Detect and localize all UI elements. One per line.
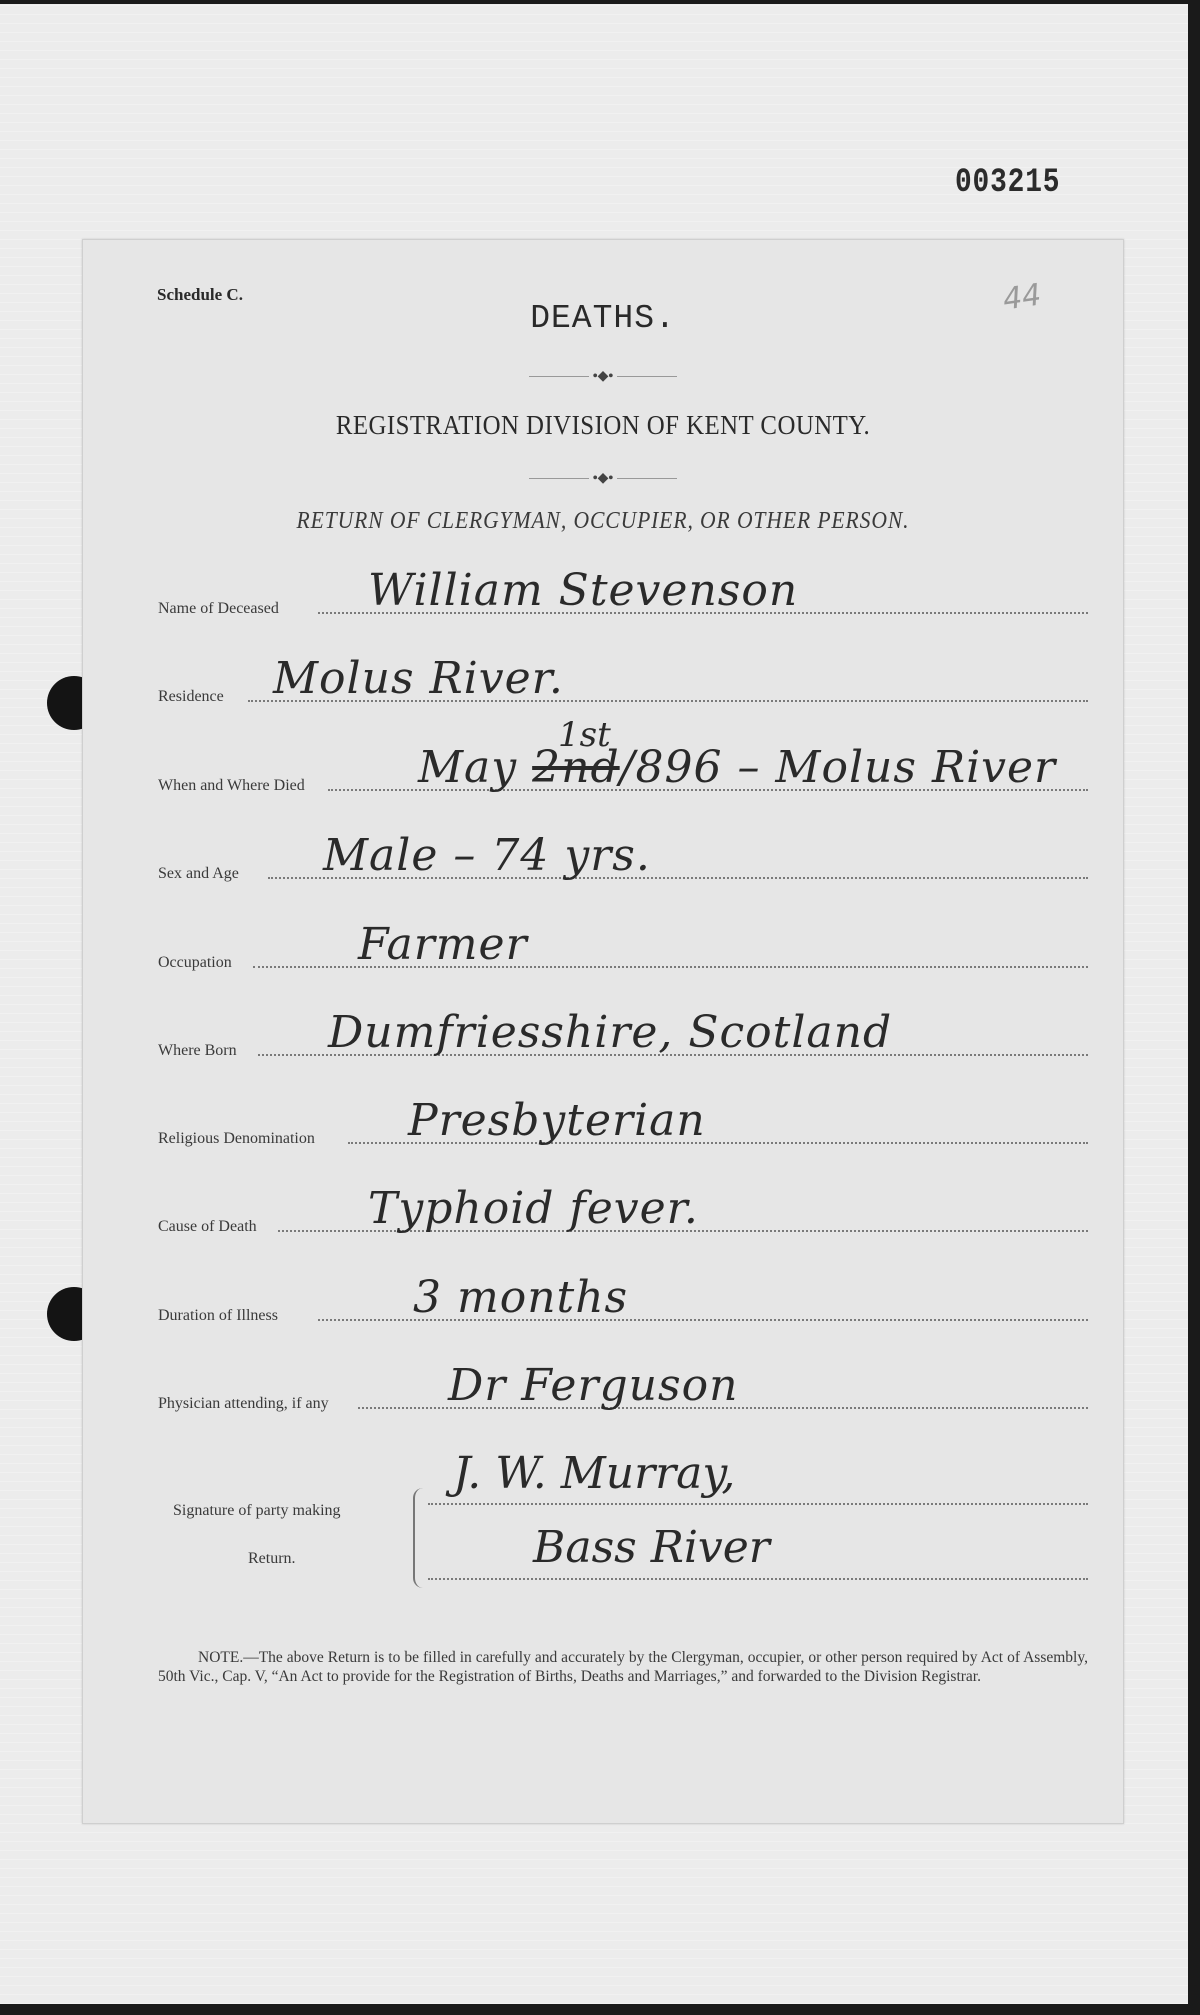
signature-label: Signature of party making	[173, 1502, 341, 1520]
field-occupation: Occupation Farmer	[158, 932, 1088, 972]
brace-icon	[413, 1488, 429, 1588]
field-cause-of-death: Cause of Death Typhoid fever.	[158, 1196, 1088, 1236]
handwritten-value: Presbyterian	[408, 1095, 706, 1146]
field-when-and-where-died: When and Where Died 1st May 2nd/896 – Mo…	[158, 755, 1088, 795]
ornament-divider: •◆•	[83, 470, 1123, 487]
serial-number: 003215	[955, 164, 1060, 202]
document-page: 003215 Schedule C. 44 DEATHS. •◆• REGIST…	[0, 4, 1188, 2004]
registration-division: REGISTRATION DIVISION OF KENT COUNTY.	[125, 410, 1082, 441]
field-sex-and-age: Sex and Age Male – 74 yrs.	[158, 843, 1088, 883]
field-physician-attending: Physician attending, if any Dr Ferguson	[158, 1373, 1088, 1413]
field-religious-denomination: Religious Denomination Presbyterian	[158, 1108, 1088, 1148]
field-name-of-deceased: Name of Deceased William Stevenson	[158, 578, 1088, 618]
field-duration-of-illness: Duration of Illness 3 months	[158, 1285, 1088, 1325]
form-note: NOTE.—The above Return is to be filled i…	[158, 1648, 1088, 1686]
handwritten-value: Typhoid fever.	[368, 1183, 699, 1234]
handwritten-value: Molus River.	[273, 653, 564, 704]
signature-name: J. W. Murray,	[453, 1448, 735, 1499]
signature-place: Bass River	[533, 1522, 770, 1573]
return-subtitle: RETURN OF CLERGYMAN, OCCUPIER, OR OTHER …	[135, 508, 1071, 535]
field-residence: Residence Molus River.	[158, 666, 1088, 706]
handwritten-value: William Stevenson	[368, 565, 798, 616]
handwritten-value: Dr Ferguson	[448, 1360, 738, 1411]
form-title: DEATHS.	[83, 300, 1123, 337]
handwritten-value: Male – 74 yrs.	[323, 830, 651, 881]
signature-label-return: Return.	[248, 1550, 296, 1568]
death-registration-form: Schedule C. 44 DEATHS. •◆• REGISTRATION …	[82, 239, 1124, 1824]
handwritten-value: Dumfriesshire, Scotland	[328, 1007, 892, 1058]
field-where-born: Where Born Dumfriesshire, Scotland	[158, 1020, 1088, 1060]
handwritten-value: 3 months	[413, 1272, 628, 1323]
handwritten-value: May 2nd/896 – Molus River	[418, 742, 1056, 793]
ornament-divider: •◆•	[83, 368, 1123, 385]
handwritten-value: Farmer	[358, 919, 528, 970]
